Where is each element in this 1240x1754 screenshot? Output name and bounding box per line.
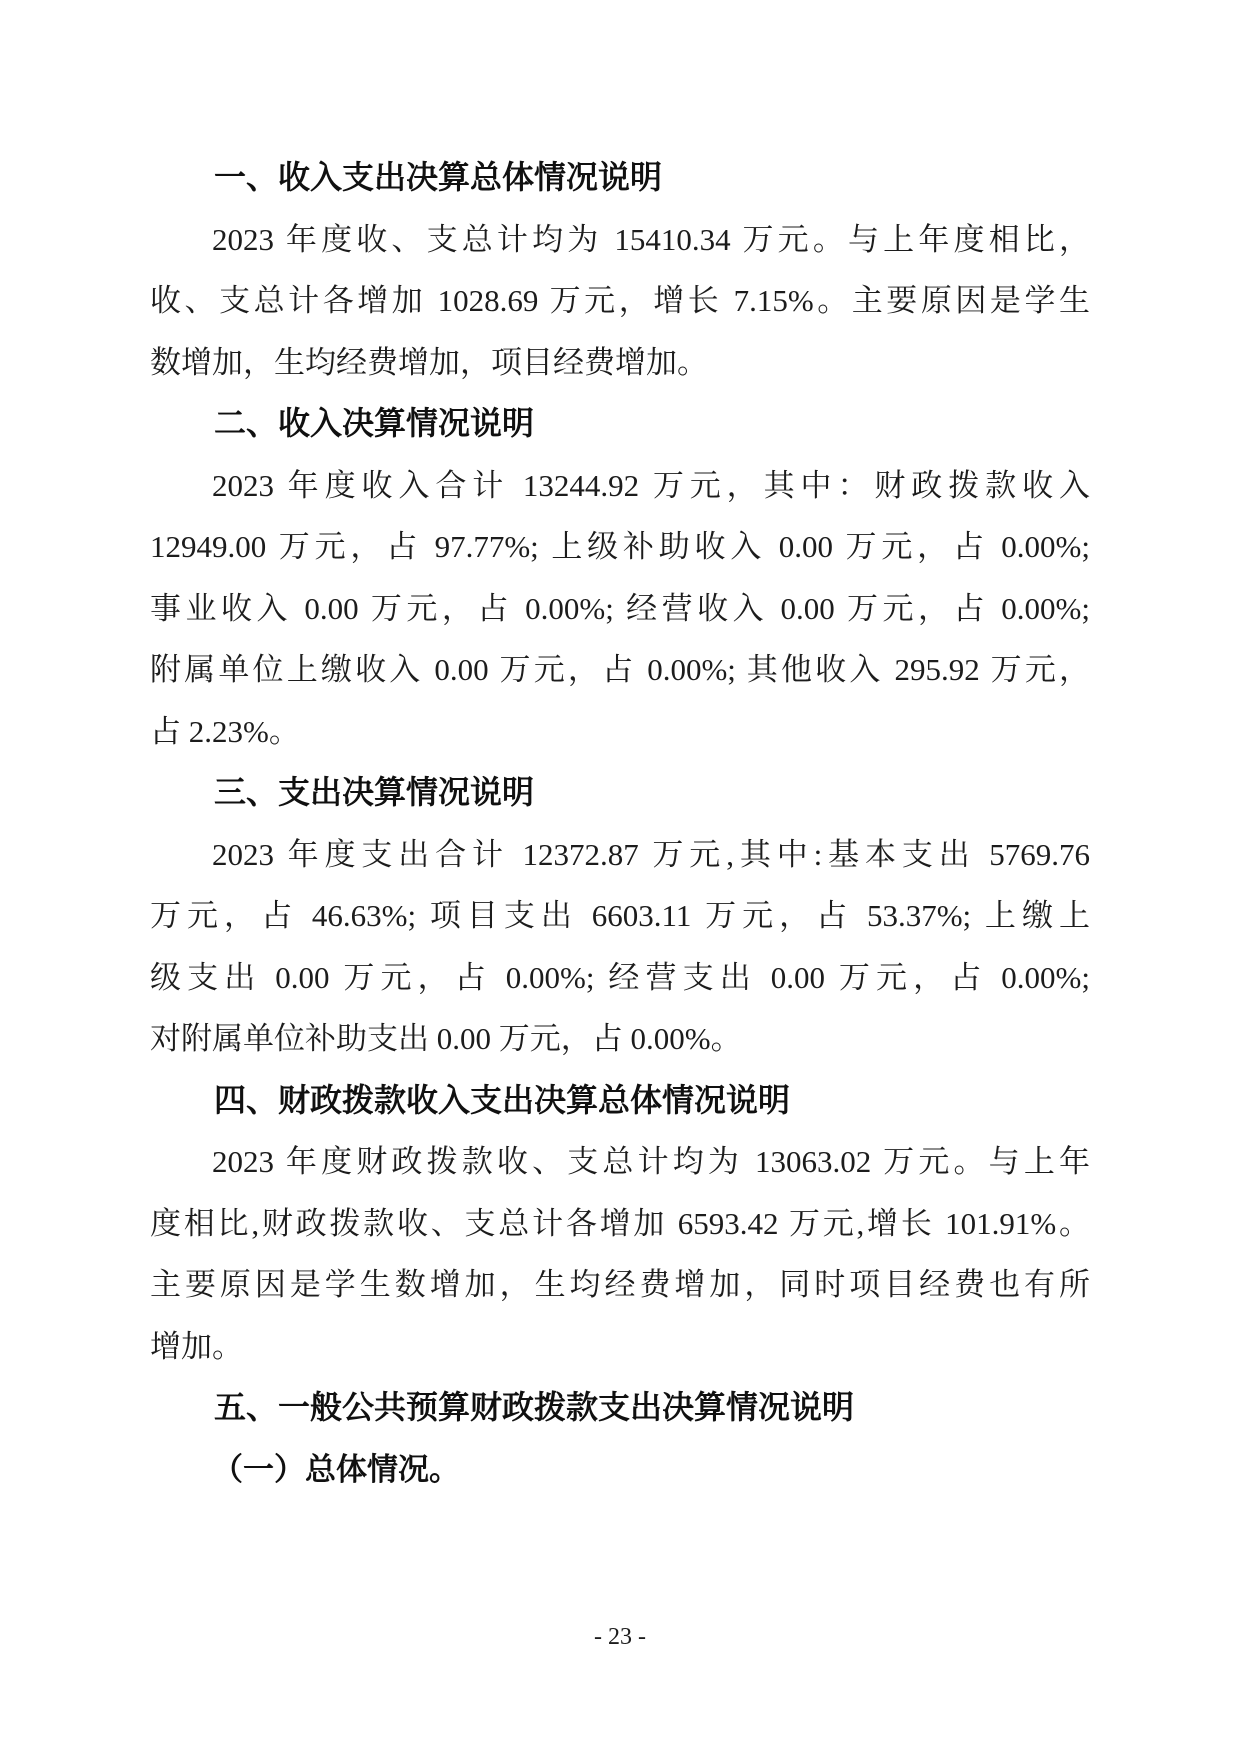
paragraph-line: 附属单位上缴收入 0.00 万元，占 0.00%; 其他收入 295.92 万元…: [150, 639, 1090, 701]
section-heading: 五、一般公共预算财政拨款支出决算情况说明: [150, 1377, 1090, 1439]
paragraph-line: 占 2.23%。: [150, 701, 1090, 763]
section-heading: 三、支出决算情况说明: [150, 762, 1090, 824]
paragraph: 2023 年度收入合计 13244.92 万元，其中：财政拨款收入12949.0…: [150, 455, 1090, 763]
paragraph-line: 2023 年度收入合计 13244.92 万元，其中：财政拨款收入: [150, 455, 1090, 517]
paragraph-line: 数增加，生均经费增加，项目经费增加。: [150, 332, 1090, 394]
paragraph: 2023 年度支出合计 12372.87 万元,其中:基本支出 5769.76万…: [150, 824, 1090, 1070]
paragraph-line: 对附属单位补助支出 0.00 万元，占 0.00%。: [150, 1008, 1090, 1070]
paragraph-line: 增加。: [150, 1316, 1090, 1378]
paragraph-line: 级支出 0.00 万元，占 0.00%; 经营支出 0.00 万元，占 0.00…: [150, 947, 1090, 1009]
section-heading: 一、收入支出决算总体情况说明: [150, 147, 1090, 209]
section-heading: 四、财政拨款收入支出决算总体情况说明: [150, 1070, 1090, 1132]
paragraph-line: 事业收入 0.00 万元，占 0.00%; 经营收入 0.00 万元，占 0.0…: [150, 578, 1090, 640]
paragraph-line: 主要原因是学生数增加，生均经费增加，同时项目经费也有所: [150, 1254, 1090, 1316]
paragraph-line: 2023 年度收、支总计均为 15410.34 万元。与上年度相比，: [150, 209, 1090, 271]
document-page: 一、收入支出决算总体情况说明2023 年度收、支总计均为 15410.34 万元…: [0, 0, 1240, 1754]
page-number: - 23 -: [0, 1622, 1240, 1652]
paragraph-line: 2023 年度支出合计 12372.87 万元,其中:基本支出 5769.76: [150, 824, 1090, 886]
paragraph-line: 收、支总计各增加 1028.69 万元，增长 7.15%。主要原因是学生: [150, 270, 1090, 332]
paragraph: 2023 年度财政拨款收、支总计均为 13063.02 万元。与上年度相比,财政…: [150, 1131, 1090, 1377]
section-subheading: （一）总体情况。: [150, 1439, 1090, 1501]
paragraph-line: 度相比,财政拨款收、支总计各增加 6593.42 万元,增长 101.91%。: [150, 1193, 1090, 1255]
document-content: 一、收入支出决算总体情况说明2023 年度收、支总计均为 15410.34 万元…: [150, 147, 1090, 1500]
paragraph-line: 万元，占 46.63%; 项目支出 6603.11 万元，占 53.37%; 上…: [150, 885, 1090, 947]
section-heading: 二、收入决算情况说明: [150, 393, 1090, 455]
paragraph-line: 12949.00 万元，占 97.77%; 上级补助收入 0.00 万元，占 0…: [150, 516, 1090, 578]
paragraph-line: 2023 年度财政拨款收、支总计均为 13063.02 万元。与上年: [150, 1131, 1090, 1193]
paragraph: 2023 年度收、支总计均为 15410.34 万元。与上年度相比，收、支总计各…: [150, 209, 1090, 394]
